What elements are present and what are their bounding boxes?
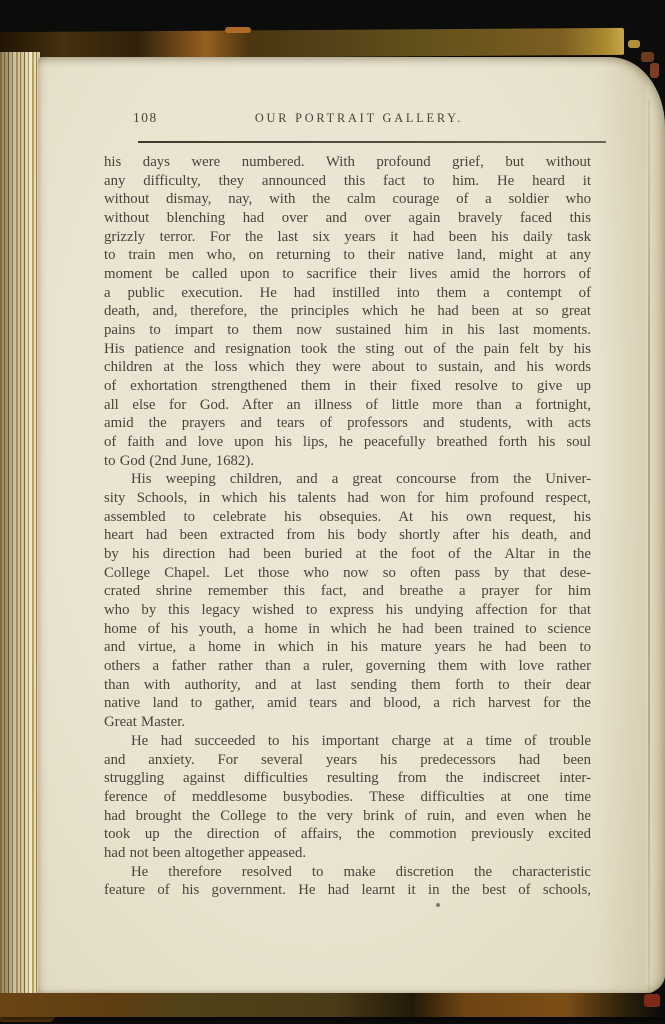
text-line: moment be called upon to sacrifice their… [104,265,591,284]
text-line: without blenching had over and over agai… [104,209,591,228]
text-line: struggling against difficulties resultin… [104,769,591,788]
cover-wear-fleck [641,52,654,62]
book-cover-bottom-edge [0,993,665,1017]
text-line: by his direction had been buried at the … [104,545,591,564]
header-rule [138,141,606,143]
text-line: than with authority, and at last sending… [104,676,591,695]
book-cover-top-edge [0,28,624,59]
text-line: home of his youth, a home in which he ha… [104,620,591,639]
paragraph: He therefore resolved to make discretion… [104,863,591,900]
text-line: pains to impart to them now sustained hi… [104,321,591,340]
text-line: a public execution. He had instilled int… [104,284,591,303]
text-line: and virtue, a home in which in his matur… [104,638,591,657]
text-line: any difficulty, they announced this fact… [104,172,591,191]
cover-wear-fleck [225,27,251,33]
page-number: 108 [133,110,158,126]
ink-speck [436,903,440,907]
text-line: feature of his government. He had learnt… [104,881,591,900]
page-header: 108 OUR PORTRAIT GALLERY. [38,110,665,128]
gutter-shade [595,57,665,995]
text-line: his days were numbered. With profound gr… [104,153,591,172]
text-line: children at the loss which they were abo… [104,358,591,377]
text-line: heart had been extracted from his body s… [104,526,591,545]
cover-corner-fleck [644,994,660,1007]
text-line: His patience and resignation took the st… [104,340,591,359]
text-line: took up the direction of affairs, the co… [104,825,591,844]
cover-wear-fleck [628,40,640,48]
paragraph: his days were numbered. With profound gr… [104,153,591,470]
text-line: Great Master. [104,713,591,732]
text-line: His weeping children, and a great concou… [104,470,591,489]
text-line: assembled to celebrate his obsequies. At… [104,508,591,527]
text-line: and anxiety. For several years his prede… [104,751,591,770]
paragraph: He had succeeded to his important charge… [104,732,591,863]
text-line: had brought the College to the very brin… [104,807,591,826]
book-page: 108 OUR PORTRAIT GALLERY. his days were … [38,57,665,995]
page-edges-stack [0,52,40,1004]
text-line: of faith and love upon his lips, he peac… [104,433,591,452]
text-line: sity Schools, in which his talents had w… [104,489,591,508]
paragraph: His weeping children, and a great concou… [104,470,591,731]
text-line: all else for God. After an illness of li… [104,396,591,415]
text-line: others a father rather than a ruler, gov… [104,657,591,676]
cover-wear-fleck [650,63,659,78]
text-line: grizzly terror. For the last six years i… [104,228,591,247]
text-body: his days were numbered. With profound gr… [104,153,591,900]
text-line: death, and, therefore, the principles wh… [104,302,591,321]
text-line: He had succeeded to his important charge… [104,732,591,751]
text-line: crated shrine remember this fact, and br… [104,582,591,601]
book-photograph: 108 OUR PORTRAIT GALLERY. his days were … [0,0,665,1024]
text-line: He therefore resolved to make discretion… [104,863,591,882]
text-line: amid the prayers and tears of professors… [104,414,591,433]
running-title: OUR PORTRAIT GALLERY. [209,111,509,126]
text-line: College Chapel. Let those who now so oft… [104,564,591,583]
text-line: to God (2nd June, 1682). [104,452,591,471]
text-line: had not been altogether appeased. [104,844,591,863]
text-line: ference of meddlesome busybodies. These … [104,788,591,807]
text-line: who by this legacy wished to express his… [104,601,591,620]
text-line: without dismay, nay, with the calm coura… [104,190,591,209]
text-line: native land to gather, amid tears and bl… [104,694,591,713]
text-line: of exhortation strengthened them in thei… [104,377,591,396]
text-line: to train men who, on returning to their … [104,246,591,265]
